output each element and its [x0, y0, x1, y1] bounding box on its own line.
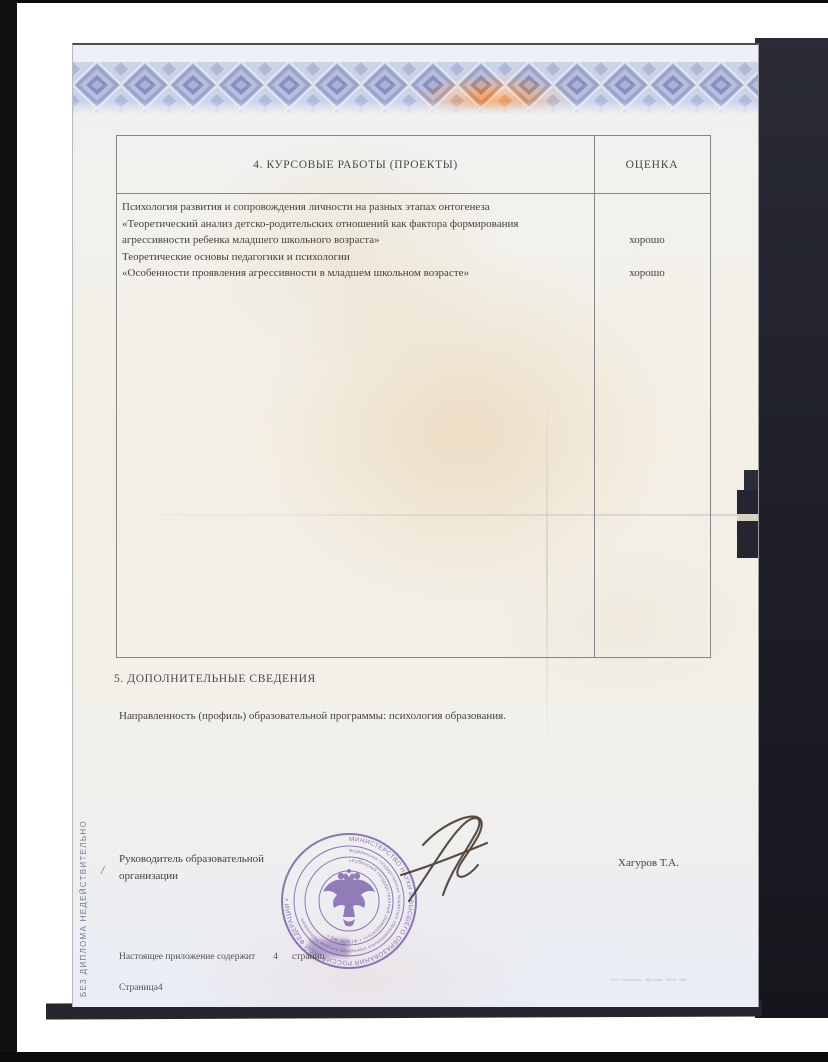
pages-suffix: страниц [292, 952, 325, 962]
page-number: 4 [158, 983, 163, 993]
pages-contained-line: Настоящее приложение содержит4страниц [119, 952, 325, 962]
guilloche-border [73, 62, 758, 114]
left-frame-strip [0, 0, 17, 1062]
printer-mark: АО «Опцион». Москва. 2019. «В». [611, 977, 689, 982]
table-header: 4. КУРСОВЫЕ РАБОТЫ (ПРОЕКТЫ) ОЦЕНКА [117, 136, 710, 194]
course-grade: хорошо [584, 265, 710, 282]
course-title: «Теоретический анализ детско-родительски… [117, 216, 584, 249]
page-label: Страница [119, 983, 158, 993]
course-works-table: 4. КУРСОВЫЕ РАБОТЫ (ПРОЕКТЫ) ОЦЕНКА Псих… [116, 135, 711, 658]
head-of-organization-label: Руководитель образовательной организации [119, 851, 299, 885]
top-frame-strip [0, 0, 828, 3]
course-grade: хорошо [584, 232, 710, 249]
course-title: Теоретические основы педагогики и психол… [117, 249, 584, 266]
signatory-name: Хагуров Т.А. [618, 857, 679, 869]
course-title: Психология развития и сопровождения личн… [117, 199, 584, 216]
table-row: «Особенности проявления агрессивности в … [117, 265, 710, 282]
without-diploma-invalid-watermark: БЕЗ ДИПЛОМА НЕДЕЙСТВИТЕЛЬНО [79, 787, 88, 997]
document-page: 4. КУРСОВЫЕ РАБОТЫ (ПРОЕКТЫ) ОЦЕНКА Псих… [72, 43, 759, 1007]
table-row: Теоретические основы педагогики и психол… [117, 249, 710, 266]
page-number-line: Страница4 [119, 983, 163, 993]
photo-background-right [755, 38, 828, 1018]
guilloche-orange-tint-2 [403, 72, 583, 114]
grade-column-header: ОЦЕНКА [594, 136, 710, 193]
section5-heading: 5. ДОПОЛНИТЕЛЬНЫЕ СВЕДЕНИЯ [114, 673, 316, 685]
pen-tick-mark: / [100, 863, 105, 878]
right-edge-notch [737, 490, 758, 558]
table-row: «Теоретический анализ детско-родительски… [117, 216, 710, 249]
role-line-1: Руководитель образовательной [119, 851, 299, 868]
table-title: 4. КУРСОВЫЕ РАБОТЫ (ПРОЕКТЫ) [117, 136, 594, 193]
table-body: Психология развития и сопровождения личн… [117, 194, 710, 282]
handwritten-signature [381, 803, 501, 923]
pages-count: 4 [273, 952, 278, 962]
right-edge-notch-gap [737, 514, 758, 521]
table-row: Психология развития и сопровождения личн… [117, 199, 710, 216]
diploma-supplement-photo: 4. КУРСОВЫЕ РАБОТЫ (ПРОЕКТЫ) ОЦЕНКА Псих… [0, 0, 828, 1062]
bottom-frame-strip [0, 1052, 828, 1062]
right-edge-notch-upper [744, 470, 758, 492]
role-line-2: организации [119, 868, 299, 885]
course-title: «Особенности проявления агрессивности в … [117, 265, 584, 282]
contains-prefix: Настоящее приложение содержит [119, 952, 255, 962]
programme-profile-line: Направленность (профиль) образовательной… [119, 710, 506, 722]
